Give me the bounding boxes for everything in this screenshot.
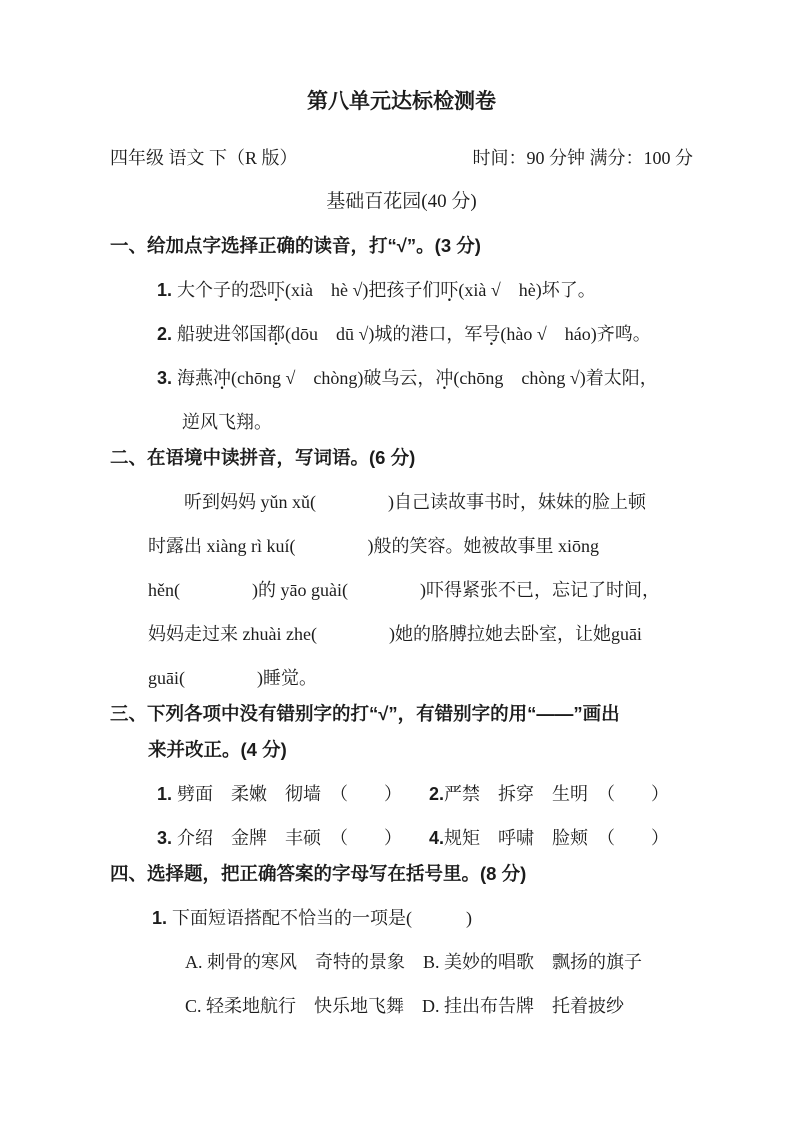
section-two-heading: 二、在语境中读拼音，写词语。(6 分) — [110, 436, 693, 480]
pinyin-paragraph-line-4: 妈妈走过来 zhuài zhe( )她的胳膊拉她去卧室，让她guāi — [148, 612, 693, 656]
choice-question-1: 1. 下面短语搭配不恰当的一项是( ) — [152, 896, 693, 940]
pinyin-paragraph-line-2: 时露出 xiàng rì kuí( )般的笑容。她被故事里 xiōng — [148, 524, 693, 568]
pronunciation-item-1: 1. 大个子的恐吓(xià hè √)把孩子们吓(xià √ hè)坏了。 — [157, 268, 693, 312]
page-title: 第八单元达标检测卷 — [110, 84, 693, 120]
pinyin-paragraph-line-1: 听到妈妈 yǔn xǔ( )自己读故事书时，妹妹的脸上顿 — [148, 480, 693, 524]
grade-subject-info: 四年级 语文 下（R 版） — [110, 136, 298, 180]
choice-options-a-b: A. 刺骨的寒风 奇特的景象 B. 美妙的唱歌 飘扬的旗子 — [185, 940, 693, 984]
choice-options-c-d: C. 轻柔地航行 快乐地飞舞 D. 挂出布告牌 托着披纱 — [185, 984, 693, 1028]
error-check-row-1: 1. 劈面 柔嫩 彻墙 （ ） 2.严禁 拆穿 生明 （ ） — [157, 772, 693, 816]
error-check-item-1: 1. 劈面 柔嫩 彻墙 （ ） — [157, 772, 429, 816]
exam-info-row: 四年级 语文 下（R 版） 时间：90 分钟 满分：100 分 — [110, 136, 693, 180]
section-one-heading: 一、给加点字选择正确的读音，打“√”。(3 分) — [110, 224, 693, 268]
section-banner: 基础百花园(40 分) — [110, 180, 693, 224]
pronunciation-item-3: 3. 海燕冲(chōng √ chòng)破乌云，冲(chōng chòng √… — [157, 356, 693, 400]
pinyin-paragraph-line-3: hěn( )的 yāo guài( )吓得紧张不已，忘记了时间， — [148, 568, 693, 612]
test-paper-page: 第八单元达标检测卷 四年级 语文 下（R 版） 时间：90 分钟 满分：100 … — [0, 0, 793, 1028]
pronunciation-item-2: 2. 船驶进邻国都(dōu dū √)城的港口，军号(hào √ háo)齐鸣。 — [157, 312, 693, 356]
error-check-item-2: 2.严禁 拆穿 生明 （ ） — [429, 772, 693, 816]
time-score-info: 时间：90 分钟 满分：100 分 — [473, 136, 694, 180]
